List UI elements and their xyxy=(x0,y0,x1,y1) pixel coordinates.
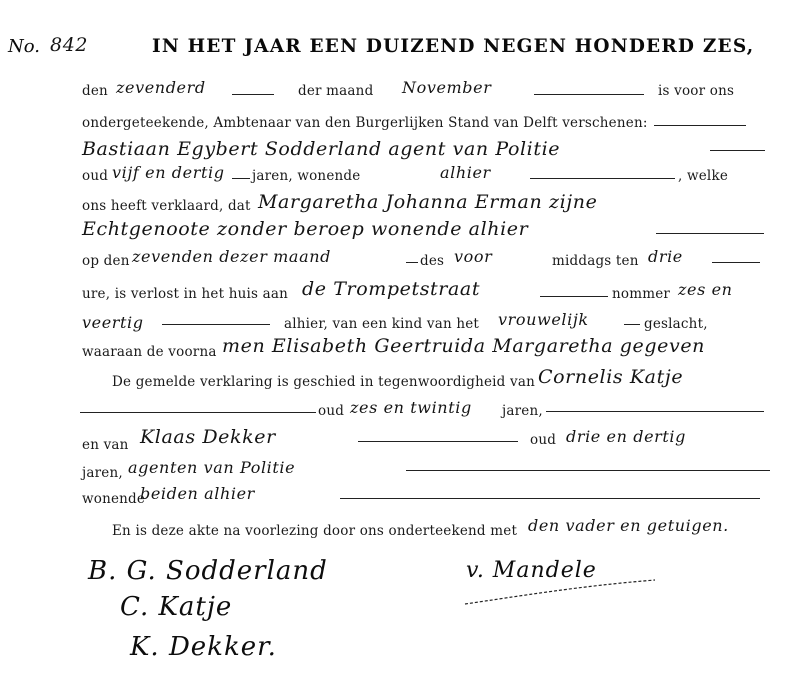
text-ons-heeft-verklaard: ons heeft verklaard, dat xyxy=(82,198,251,214)
document-title: IN HET JAAR EEN DUIZEND NEGEN HONDERD ZE… xyxy=(152,36,754,57)
text-welke: , welke xyxy=(678,168,728,184)
fill-line xyxy=(712,262,760,263)
handwritten-declarant-age: vijf en dertig xyxy=(112,163,225,182)
fill-line xyxy=(654,125,746,126)
handwritten-birth-date: zevenden dezer maand xyxy=(132,247,331,266)
text-der-maand: der maand xyxy=(298,83,373,99)
text-gemelde-verklaring: De gemelde verklaring is geschied in teg… xyxy=(112,374,535,390)
handwritten-witness2-name: Klaas Dekker xyxy=(140,426,276,448)
text-akte-onderteekend: En is deze akte na voorlezing door ons o… xyxy=(112,523,517,539)
fill-line xyxy=(406,262,418,263)
fill-line xyxy=(546,411,764,412)
handwritten-month: November xyxy=(402,78,491,97)
fill-line xyxy=(540,296,608,297)
text-oud: oud xyxy=(318,403,344,419)
handwritten-witness2-age: drie en dertig xyxy=(566,427,686,446)
signature-underline-flourish xyxy=(460,578,660,608)
text-nommer: nommer xyxy=(612,286,670,302)
text-jaren-wonende: jaren, wonende xyxy=(252,168,360,184)
fill-line xyxy=(530,178,675,179)
fill-line xyxy=(656,233,764,234)
text-geslacht: geslacht, xyxy=(644,316,708,332)
handwritten-sex: vrouwelijk xyxy=(498,310,589,329)
signature-father: B. G. Sodderland xyxy=(88,556,328,586)
handwritten-child-name: men Elisabeth Geertruida Margaretha gege… xyxy=(222,335,705,357)
fill-line xyxy=(80,412,316,413)
handwritten-witness1-name: Cornelis Katje xyxy=(538,366,683,388)
record-number-value: 842 xyxy=(50,34,88,56)
signature-witness1: C. Katje xyxy=(120,592,232,622)
handwritten-day: zevenderd xyxy=(116,78,206,97)
record-number-label: No. xyxy=(8,36,40,57)
handwritten-witness-residence: beiden alhier xyxy=(140,484,255,503)
fill-line xyxy=(232,178,250,179)
handwritten-residence: alhier xyxy=(440,163,491,182)
handwritten-witness1-age: zes en twintig xyxy=(350,398,472,417)
text-den: den xyxy=(82,83,108,99)
fill-line xyxy=(406,470,770,471)
fill-line xyxy=(624,324,640,325)
handwritten-mother-name: Margaretha Johanna Erman zijne xyxy=(258,191,597,213)
signature-witness2: K. Dekker. xyxy=(130,632,277,662)
handwritten-house-number: zes en xyxy=(678,280,733,299)
fill-line xyxy=(340,498,760,499)
handwritten-mother-details: Echtgenoote zonder beroep wonende alhier xyxy=(82,218,528,240)
text-oud: oud xyxy=(530,432,556,448)
text-des: des xyxy=(420,253,444,269)
text-oud: oud xyxy=(82,168,108,184)
text-middags-ten: middags ten xyxy=(552,253,639,269)
handwritten-street: de Trompetstraat xyxy=(302,278,480,300)
witness-residence-wrap: beiden alhier xyxy=(140,484,255,504)
fill-line xyxy=(162,324,270,325)
handwritten-voor: voor xyxy=(454,247,492,266)
handwritten-signers: den vader en getuigen. xyxy=(528,516,729,535)
handwritten-witness-occupation: agenten van Politie xyxy=(128,458,295,477)
handwritten-hour: drie xyxy=(648,247,683,266)
fill-line xyxy=(358,441,518,442)
birth-certificate-page: No. 842 IN HET JAAR EEN DUIZEND NEGEN HO… xyxy=(0,0,800,700)
fill-line xyxy=(534,94,644,95)
text-waaraan-voorna: waaraan de voorna xyxy=(82,344,217,360)
handwritten-house-number-cont: veertig xyxy=(82,313,144,332)
text-wonende: wonende xyxy=(82,491,145,507)
fill-line xyxy=(232,94,274,95)
text-en-van: en van xyxy=(82,437,129,453)
text-op-den: op den xyxy=(82,253,130,269)
text-alhier-kind: alhier, van een kind van het xyxy=(284,316,479,332)
text-jaren: jaren, xyxy=(82,465,123,481)
fill-line xyxy=(710,150,765,151)
text-ure-verlost: ure, is verlost in het huis aan xyxy=(82,286,288,302)
text-ondergeteekende: ondergeteekende, Ambtenaar van den Burge… xyxy=(82,115,648,131)
text-jaren: jaren, xyxy=(502,403,543,419)
handwritten-declarant: Bastiaan Egybert Sodderland agent van Po… xyxy=(82,138,560,160)
text-is-voor-ons: is voor ons xyxy=(658,83,734,99)
